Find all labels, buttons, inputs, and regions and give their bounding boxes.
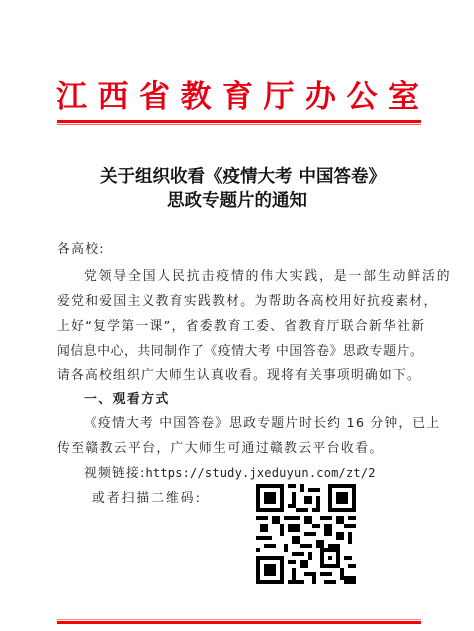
qr-code-icon[interactable] <box>256 484 356 584</box>
footer-rule-thin <box>57 619 421 620</box>
video-link[interactable]: https://study.jxeduyun.com/zt/2 <box>146 466 376 480</box>
video-link-row: 视频链接:https://study.jxeduyun.com/zt/2 <box>84 462 376 481</box>
salutation: 各高校: <box>57 238 427 257</box>
section-1-line-1: 《疫情大考 中国答卷》思政专题片时长约 16 分钟，已上 <box>84 412 440 431</box>
body-line-5: 请各高校组织广大师生认真收看。现将有关事项明确如下。 <box>57 364 421 383</box>
body-line-3: 上好“复学第一课”，省委教育工委、省教育厅联合新华社新 <box>57 315 425 334</box>
letterhead-rule-top <box>57 120 421 123</box>
footer-rule <box>57 621 421 624</box>
video-link-label: 视频链接: <box>84 466 146 481</box>
body-line-4: 闻信息中心，共同制作了《疫情大考 中国答卷》思政专题片。 <box>57 340 423 359</box>
notice-title-line2: 思政专题片的通知 <box>0 187 474 212</box>
section-1-heading: 一、观看方式 <box>84 388 170 407</box>
qr-prompt: 或者扫描二维码: <box>92 487 202 506</box>
body-line-2: 爱党和爱国主义教育实践教材。为帮助各高校用好抗疫素材， <box>57 290 438 309</box>
letterhead-rule-top-thin <box>57 124 421 125</box>
letterhead-title: 江西省教育厅办公室 <box>56 79 418 115</box>
body-line-1: 党领导全国人民抗击疫情的伟大实践，是一部生动鲜活的 <box>84 265 451 284</box>
notice-title-line1: 关于组织收看《疫情大考 中国答卷》 <box>6 163 474 188</box>
section-1-line-2: 传至赣教云平台，广大师生可通过赣教云平台收看。 <box>57 437 384 456</box>
